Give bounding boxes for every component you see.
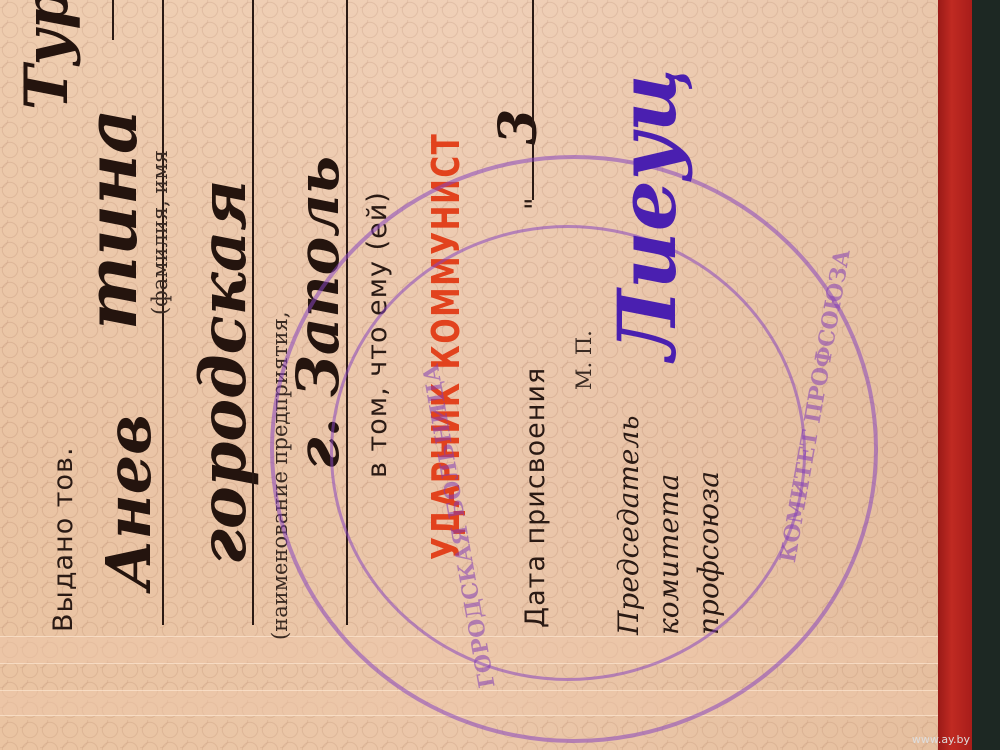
field-line: [252, 0, 254, 625]
chairman-signature: Лиеуц: [600, 68, 694, 360]
name-caption: (фамилия, имя: [148, 150, 172, 315]
name-handwritten: Тура: [12, 0, 82, 110]
surname-handwritten-cont: тина: [70, 109, 153, 330]
surname-handwritten: Анев: [92, 414, 165, 590]
issued-to-label: Выдано тов.: [48, 446, 79, 632]
background-edge: [972, 0, 1000, 750]
field-line: [112, 0, 114, 40]
date-day: 3: [488, 109, 549, 145]
stamp-inner-ring: [330, 225, 806, 681]
watermark: www.ay.by: [912, 733, 970, 746]
org-handwritten: городская: [186, 180, 261, 565]
cover-red-border: [938, 0, 972, 750]
